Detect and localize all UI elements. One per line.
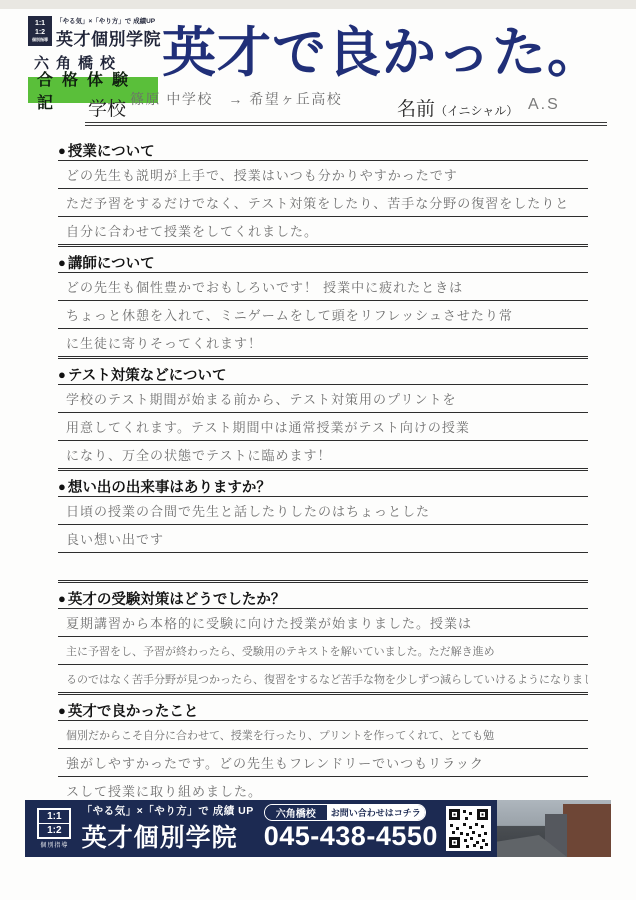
- handwritten-line: スして授業に取り組めました。: [66, 781, 262, 800]
- ratio-logo-icon: 1:1 1:2 個別指導: [28, 16, 52, 46]
- contact-label: お問い合わせはコチラ: [327, 805, 425, 820]
- section-title: テスト対策などについて: [68, 364, 227, 385]
- section-why-eisai: ● 英才で良かったこと 個別だからこそ自分に合わせて、授業を行ったり、プリントを…: [58, 700, 588, 807]
- section-instructors: ● 講師について どの先生も個性豊かでおもしろいです！ 授業中に疲れたときは ち…: [58, 252, 588, 359]
- footer-ratio-top: 1:1: [39, 810, 69, 823]
- handwritten-line: 良い想い出です: [66, 529, 164, 548]
- footer-branch: 六角橋校: [265, 805, 327, 820]
- handwritten-line: に生徒に寄りそってくれます！: [66, 333, 262, 352]
- handwritten-line: ちょっと休憩を入れて、ミニゲームをして頭をリフレッシュさせたり常: [66, 305, 513, 324]
- section-classes: ● 授業について どの先生も説明が上手で、授業はいつも分かりやすかったです ただ…: [58, 140, 588, 247]
- storefront-photo: [497, 800, 611, 857]
- name-field: 名前（イニシャル） A.S: [393, 84, 607, 126]
- photo-building: [563, 804, 611, 857]
- handwritten-line: 強がしやすかったです。どの先生もフレンドリーでいつもリラック: [66, 753, 484, 772]
- handwritten-line: 主に予習をし、予習が終わったら、受験用のテキストを解いていました。ただ解き進め: [66, 643, 495, 659]
- section-title: 英才の受験対策はどうでしたか？: [68, 588, 286, 609]
- footer-school-name: 英才個別学院: [82, 818, 254, 854]
- footer-ratio-logo-icon: 1:1 1:2 個別指導: [35, 808, 74, 849]
- handwritten-line: 自分に合わせて授業をしてくれました。: [66, 221, 318, 240]
- page-title: 英才で良かった。: [162, 12, 632, 92]
- school-handwritten-value: 篠原 中学校 → 希望ヶ丘高校: [130, 89, 342, 109]
- name-label: 名前（イニシャル）: [397, 94, 518, 121]
- contact-pill: 六角橋校 お問い合わせはコチラ: [264, 804, 426, 821]
- school-field: 学校 篠原 中学校 → 希望ヶ丘高校: [85, 84, 393, 126]
- section-memories: ● 想い出の出来事はありますか？ 日頃の授業の合間で先生と話したりしたのはちょっ…: [58, 476, 588, 583]
- school-label: 学校: [88, 94, 126, 121]
- section-title: 授業について: [68, 140, 155, 161]
- section-bullet-icon: ●: [58, 480, 66, 493]
- section-bullet-icon: ●: [58, 144, 66, 157]
- footer-ratio-bottom: 1:2: [39, 823, 69, 837]
- section-title: 想い出の出来事はありますか？: [68, 476, 271, 497]
- logo-school-name: 英才個別学院: [56, 25, 161, 50]
- footer-ratio-caption: 個別指導: [40, 840, 68, 849]
- testimonial-page: 1:1 1:2 個別指導 「やる気」×「やり方」で 成績UP 英才個別学院 六角…: [0, 0, 636, 900]
- name-handwritten-value: A.S: [528, 96, 560, 114]
- section-test-prep: ● テスト対策などについて 学校のテスト期間が始まる前から、テスト対策用のプリン…: [58, 364, 588, 471]
- section-title: 英才で良かったこと: [68, 700, 199, 721]
- footer-tagline: 「やる気」×「やり方」で 成績 UP: [82, 803, 254, 818]
- sections-list: ● 授業について どの先生も説明が上手で、授業はいつも分かりやすかったです ただ…: [58, 140, 588, 812]
- section-title: 講師について: [68, 252, 155, 273]
- name-label-sub: （イニシャル）: [435, 104, 518, 118]
- ratio-bottom: 1:2: [29, 29, 51, 38]
- section-bullet-icon: ●: [58, 368, 66, 381]
- section-bullet-icon: ●: [58, 592, 66, 605]
- handwritten-line: 個別だからこそ自分に合わせて、授業を行ったり、プリントを作ってくれて、とても勉: [66, 727, 494, 743]
- ratio-top: 1:1: [29, 20, 51, 29]
- phone-number: 045-438-4550: [264, 821, 438, 852]
- handwritten-line: になり、万全の状態でテストに臨めます！: [66, 445, 331, 464]
- handwritten-line: 学校のテスト期間が始まる前から、テスト対策用のプリントを: [66, 389, 456, 408]
- section-exam-prep: ● 英才の受験対策はどうでしたか？ 夏期講習から本格的に受験に向けた授業が始まり…: [58, 588, 588, 695]
- handwritten-line: ただ予習をするだけでなく、テスト対策をしたり、苦手な分野の復習をしたりと: [66, 193, 569, 212]
- qr-code: [446, 806, 491, 851]
- section-bullet-icon: ●: [58, 256, 66, 269]
- handwritten-line: 夏期講習から本格的に受験に向けた授業が始まりました。授業は: [66, 613, 472, 632]
- handwritten-line: どの先生も個性豊かでおもしろいです！ 授業中に疲れたときは: [66, 277, 463, 296]
- logo-tagline: 「やる気」×「やり方」で 成績UP: [56, 16, 161, 25]
- section-bullet-icon: ●: [58, 704, 66, 717]
- handwritten-line: 日頃の授業の合間で先生と話したりしたのはちょっとした: [66, 501, 430, 520]
- handwritten-line: るのではなく苦手分野が見つかったら、復習をするなど苦手な物を少しずつ減らしていけ…: [66, 671, 588, 687]
- ratio-caption: 個別指導: [29, 37, 51, 42]
- scan-edge: [0, 0, 636, 9]
- handwritten-line: どの先生も説明が上手で、授業はいつも分かりやすかったです: [66, 165, 458, 184]
- handwritten-line: 用意してくれます。テスト期間中は通常授業がテスト向けの授業: [66, 417, 470, 436]
- footer-banner: 1:1 1:2 個別指導 「やる気」×「やり方」で 成績 UP 英才個別学院 六…: [25, 800, 611, 857]
